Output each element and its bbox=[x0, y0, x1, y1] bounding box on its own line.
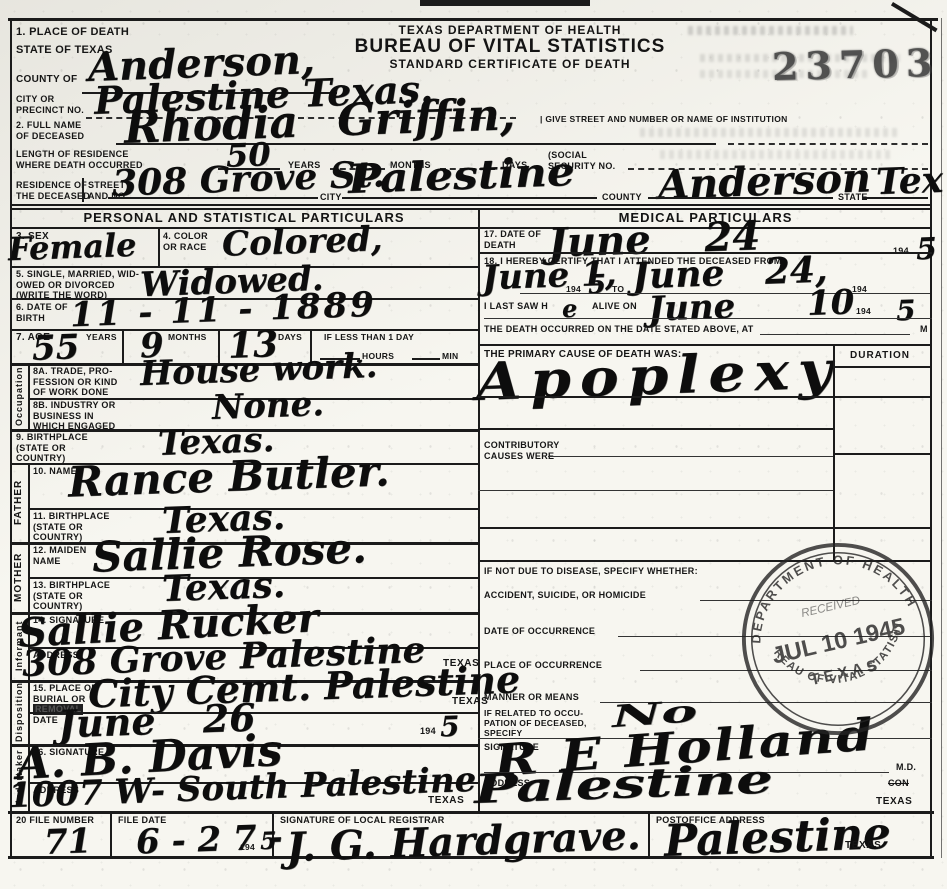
disposition-side-label: Disposition bbox=[11, 680, 28, 744]
place-of-occurrence-label: PLACE OF OCCURRENCE bbox=[484, 660, 602, 671]
rule-line bbox=[760, 334, 910, 335]
if-less-than-day-label: IF LESS THAN 1 DAY bbox=[324, 332, 414, 342]
institution-note-label: | GIVE STREET AND NUMBER OR NAME OF INST… bbox=[540, 114, 788, 124]
rule-line bbox=[82, 178, 84, 202]
occurred-m-label: M bbox=[920, 324, 928, 335]
ink-smudge bbox=[640, 128, 900, 137]
postoffice-state-label: TEXAS bbox=[845, 840, 881, 851]
death-occurred-label: THE DEATH OCCURRED ON THE DATE STATED AB… bbox=[484, 324, 754, 335]
rule-line bbox=[478, 490, 833, 491]
if-not-due-label: IF NOT DUE TO DISEASE, SPECIFY WHETHER: bbox=[484, 566, 698, 577]
rule-line bbox=[648, 812, 650, 857]
last-saw-year-printed: 194 bbox=[856, 306, 871, 316]
rule-line bbox=[10, 227, 932, 229]
rule-line bbox=[108, 197, 318, 199]
full-name-label: 2. FULL NAME OF DECEASED bbox=[16, 120, 84, 141]
handwritten-residence-city: Palestine bbox=[347, 148, 575, 203]
rule-line bbox=[941, 18, 942, 858]
last-saw-label: I LAST SAW H bbox=[484, 301, 548, 312]
rule-line bbox=[548, 456, 833, 457]
dept-title-line1: TEXAS DEPARTMENT OF HEALTH bbox=[295, 23, 725, 37]
color-race-label: 4. COLOR OR RACE bbox=[163, 231, 208, 252]
personal-section-title: PERSONAL AND STATISTICAL PARTICULARS bbox=[10, 210, 478, 225]
accident-suicide-homicide-label: ACCIDENT, SUICIDE, OR HOMICIDE bbox=[484, 590, 646, 601]
min-label: MIN bbox=[442, 351, 458, 361]
handwritten-file-date-year: 5 bbox=[259, 826, 277, 856]
mother-side-label: MOTHER bbox=[11, 542, 28, 612]
physician-address-state-label: TEXAS bbox=[876, 796, 912, 807]
rule-line bbox=[10, 204, 932, 206]
rule-line bbox=[28, 363, 30, 429]
rule-line bbox=[478, 428, 833, 430]
file-date-year-printed: 194 bbox=[240, 842, 255, 852]
age-years-label: YEARS bbox=[86, 332, 117, 342]
rule-line bbox=[862, 197, 928, 199]
rule-line bbox=[833, 396, 930, 398]
certificate-number-stamp: 23703 bbox=[771, 40, 939, 89]
death-date-label: 17. DATE OF DEATH bbox=[484, 229, 541, 250]
burial-year-printed: 194 bbox=[420, 726, 436, 737]
county-of-label: COUNTY OF bbox=[16, 74, 77, 86]
handwritten-postoffice-address: Palestine bbox=[663, 808, 892, 867]
rule-line bbox=[342, 197, 597, 199]
county-label: COUNTY bbox=[602, 192, 642, 203]
industry-label: 8B. INDUSTRY OR BUSINESS IN WHICH ENGAGE… bbox=[33, 400, 116, 432]
rule-line bbox=[833, 366, 930, 368]
rule-line bbox=[122, 329, 124, 363]
rule-line bbox=[728, 143, 928, 145]
undertaker-address-state-label: TEXAS bbox=[428, 795, 464, 806]
city-precinct-label: CITY OR PRECINCT NO. bbox=[16, 94, 84, 115]
burial-date-label: DATE bbox=[33, 715, 58, 726]
con-label: CON bbox=[888, 778, 909, 789]
rule-line bbox=[478, 527, 833, 529]
handwritten-file-number: 71 bbox=[43, 821, 92, 863]
city-label: CITY bbox=[320, 192, 342, 203]
rule-line bbox=[412, 358, 440, 360]
age-days-label: DAYS bbox=[278, 332, 302, 342]
duration-label: DURATION bbox=[850, 350, 910, 362]
rule-line bbox=[478, 208, 480, 812]
rule-line bbox=[484, 318, 932, 319]
scan-artifact-bar bbox=[420, 0, 590, 6]
handwritten-death-year: 5 bbox=[915, 232, 937, 268]
rule-line bbox=[478, 396, 833, 398]
handwritten-from-year: 5 bbox=[587, 270, 606, 301]
md-label: M.D. bbox=[896, 762, 916, 773]
handwritten-physician-address: Palestine bbox=[473, 756, 774, 813]
handwritten-burial-year: 5 bbox=[439, 710, 460, 744]
burial-place-state-label: TEXAS bbox=[452, 696, 488, 707]
handwritten-last-saw-date: June 10 bbox=[647, 282, 855, 329]
contributory-label: CONTRIBUTORY CAUSES WERE bbox=[484, 440, 560, 461]
stamp-received-text: RECEIVED bbox=[800, 594, 862, 620]
rule-line bbox=[28, 463, 30, 542]
rule-line bbox=[648, 197, 833, 199]
residence-of-label: RESIDENCE OF THE DECEASED bbox=[16, 180, 90, 201]
rule-line bbox=[930, 18, 932, 858]
rule-line bbox=[116, 143, 716, 145]
death-certificate-scan: 1. PLACE OF DEATH STATE OF TEXAS TEXAS D… bbox=[0, 0, 947, 889]
handwritten-cause-of-death: Apoplexy bbox=[475, 339, 842, 413]
rule-line bbox=[8, 18, 938, 21]
handwritten-sex: Female bbox=[7, 226, 137, 268]
father-side-label: FATHER bbox=[11, 463, 28, 542]
alive-on-label: ALIVE ON bbox=[592, 301, 637, 312]
handwritten-color-race: Colored, bbox=[221, 219, 383, 265]
place-of-death-label: 1. PLACE OF DEATH bbox=[16, 26, 129, 39]
rule-line bbox=[158, 227, 160, 266]
occupation-side-label: Occupation bbox=[11, 363, 28, 429]
age-months-label: MONTHS bbox=[168, 332, 207, 342]
date-of-occurrence-label: DATE OF OCCURRENCE bbox=[484, 626, 595, 637]
maiden-name-label: 12. MAIDEN NAME bbox=[33, 545, 87, 566]
rule-line bbox=[110, 812, 112, 857]
rule-line bbox=[833, 453, 930, 455]
dept-title-line2: BUREAU OF VITAL STATISTICS bbox=[295, 36, 725, 58]
handwritten-last-saw-year: 5 bbox=[895, 294, 916, 328]
trade-label: 8A. TRADE, PRO- FESSION OR KIND OF WORK … bbox=[33, 366, 118, 398]
manner-or-means-label: MANNER OR MEANS bbox=[484, 692, 579, 703]
birth-date-label: 6. DATE OF BIRTH bbox=[16, 302, 68, 323]
